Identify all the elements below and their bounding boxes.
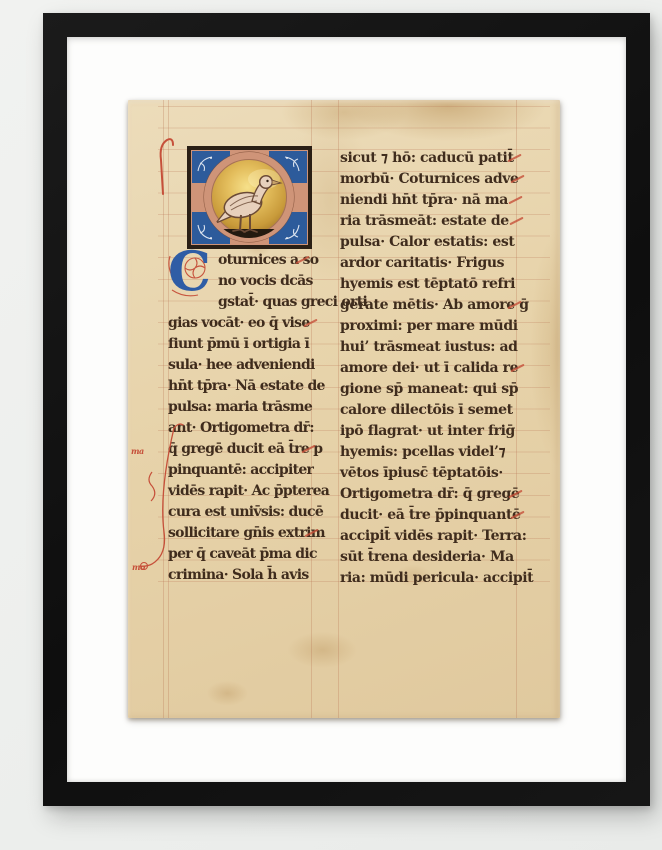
picture-frame: C oturnices a so no vocis dcās gstat̄· q… — [43, 13, 650, 806]
text-line: hyemis: pcellas videl’⁊ — [340, 442, 520, 463]
text-line: ant· Ortigometra dr̄: — [168, 418, 314, 439]
text-line: accipit̄ vidēs rapit· Terra: — [340, 526, 520, 547]
text-line: vētos īpiusc̄ tēptatōis· — [340, 463, 520, 484]
margin-squiggle — [149, 472, 155, 501]
framed-manuscript-photo: C oturnices a so no vocis dcās gstat̄· q… — [0, 0, 662, 850]
text-line: Ortigometra dr̄: q̄ gregē — [340, 484, 520, 505]
mat-board: C oturnices a so no vocis dcās gstat̄· q… — [67, 37, 626, 782]
rubric-flourish-icon — [156, 135, 174, 197]
text-line: pulsa· Calor estatis: est — [340, 232, 520, 253]
text-line: vidēs rapit· Ac p̄pterea — [168, 481, 314, 502]
margin-note-bottom: mo — [132, 562, 146, 572]
text-line: pulsa: maria trāsme — [168, 397, 314, 418]
text-line: ipō flagrat· ut inter friḡ — [340, 421, 520, 442]
text-line: proximi: per mare mūdi — [340, 316, 520, 337]
text-line: amore dei· ut ī calida re — [340, 358, 520, 379]
text-line: fiunt p̄mū ī ortigia ī — [168, 334, 314, 355]
small-initial-letter: C — [168, 246, 210, 303]
text-column-left: C oturnices a so no vocis dcās gstat̄· q… — [168, 250, 314, 586]
text-line: sula· hee adveniendi — [168, 355, 314, 376]
small-initial-c: C — [168, 250, 218, 294]
text-line: hyemis est tēptatō refri — [340, 274, 520, 295]
text-line: pinquantē: accipiter — [168, 460, 314, 481]
text-line: per q̄ caveāt p̄ma dic — [168, 544, 314, 565]
text-line: cura est univ̄sis: ducē — [168, 502, 314, 523]
text-line: sollicitare gn̄is extrim — [168, 523, 314, 544]
text-line: morbū· Coturnices adve — [340, 169, 520, 190]
vertical-ruling — [338, 100, 339, 718]
manuscript-page: C oturnices a so no vocis dcās gstat̄· q… — [128, 100, 560, 718]
text-line: gione sp̄ maneat: qui sp̄ — [340, 379, 520, 400]
text-line: niendi hn̄t tp̄ra· nā ma — [340, 190, 520, 211]
text-column-right: sicut ⁊ hō: caducū patit̄ morbū· Coturni… — [340, 148, 520, 589]
text-line: hn̄t tp̄ra· Nā estate de — [168, 376, 314, 397]
text-line: hui’ trāsmeat iustus: ad — [340, 337, 520, 358]
text-line: calore dilectōis ī semet — [340, 400, 520, 421]
text-line: gias vocāt· eo q̄ vise — [168, 313, 314, 334]
text-line: sūt t̄rena desideria· Ma — [340, 547, 520, 568]
text-line: q̄ gregē ducit eā t̄re p — [168, 439, 314, 460]
text-line: ria trāsmeāt: estate de — [340, 211, 520, 232]
quail-bird-medallion-icon — [186, 145, 313, 250]
text-line: ducit· eā t̄re p̄pinquantē — [340, 505, 520, 526]
text-line: sicut ⁊ hō: caducū patit̄ — [340, 148, 520, 169]
margin-note-top: ma — [131, 446, 144, 456]
text-line: ardor caritatis· Frigus — [340, 253, 520, 274]
text-line: crimina· Sola h̄ avis — [168, 565, 314, 586]
margin-bracket: ma mo — [128, 420, 188, 585]
text-line: gerate mētis· Ab amore ḡ — [340, 295, 520, 316]
text-line: ria: mūdi pericula· accipit̄ — [340, 568, 520, 589]
illuminated-initial — [186, 145, 313, 250]
